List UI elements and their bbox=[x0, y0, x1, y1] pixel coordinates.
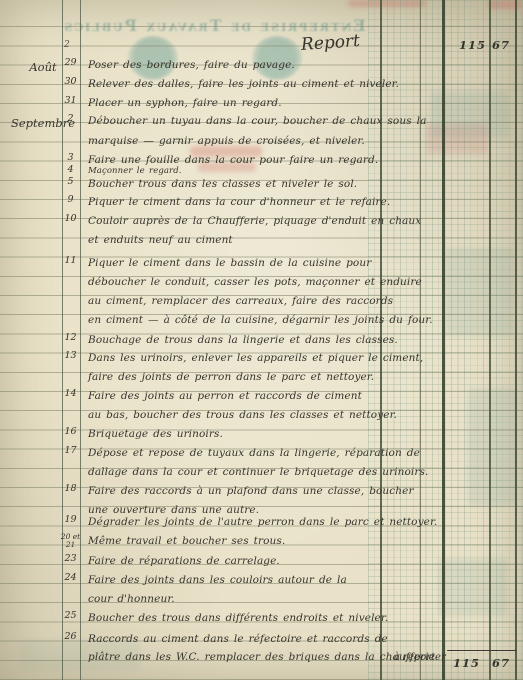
day-number: 3 bbox=[60, 154, 81, 162]
bleedthrough-mark bbox=[348, 0, 426, 7]
bleedthrough-mark bbox=[438, 558, 508, 616]
day-number: 20 et 21 bbox=[60, 533, 81, 549]
entry-line: en ciment — à côté de la cuisine, dégarn… bbox=[88, 314, 433, 326]
entry-line: dallage dans la cour et continuer le bri… bbox=[88, 466, 428, 478]
report-amount-francs: 115 bbox=[458, 38, 486, 52]
ledger-page: Entreprise de Travaux Publics 2 Report 1… bbox=[0, 0, 523, 680]
bleedthrough-mark bbox=[426, 124, 488, 154]
entry-line: Relever des dalles, faire les joints au … bbox=[88, 78, 399, 90]
report-day-mark: 2 bbox=[64, 40, 70, 50]
entry-line: cour d'honneur. bbox=[88, 593, 175, 605]
entry-line: Dans les urinoirs, enlever les appareils… bbox=[88, 352, 423, 364]
entry-line: marquise — garnir appuis de croisées, et… bbox=[88, 135, 365, 147]
entry-line: Piquer le ciment dans la cour d'honneur … bbox=[88, 196, 390, 208]
day-number: 29 bbox=[60, 59, 81, 67]
entry-line: une ouverture dans une autre. bbox=[88, 504, 259, 516]
day-number: 5 bbox=[60, 178, 81, 186]
day-number: 13 bbox=[60, 352, 81, 360]
entry-line: Bouchage de trous dans la lingerie et da… bbox=[88, 334, 398, 346]
entry-line: Piquer le ciment dans le bassin de la cu… bbox=[88, 257, 371, 269]
bleedthrough-mark bbox=[430, 92, 510, 138]
day-number: 31 bbox=[60, 97, 81, 105]
entry-line: Couloir auprès de la Chaufferie, piquage… bbox=[88, 215, 421, 227]
day-number: 25 bbox=[60, 612, 81, 620]
day-number: 23 bbox=[60, 555, 81, 563]
day-number: 24 bbox=[60, 574, 81, 582]
total-rule bbox=[447, 650, 517, 651]
entry-line: Dépose et repose de tuyaux dans la linge… bbox=[88, 447, 420, 459]
entry-line: Faire de réparations de carrelage. bbox=[88, 555, 280, 567]
entry-line: plâtre dans les W.C. remplacer des briqu… bbox=[88, 651, 435, 663]
carry-over-centimes: 67 bbox=[492, 656, 510, 670]
report-label: Report bbox=[300, 31, 360, 55]
day-number: 19 bbox=[60, 516, 81, 524]
day-number: 4 bbox=[60, 166, 81, 174]
day-number: 10 bbox=[60, 215, 81, 223]
entry-line: Placer un syphon, faire un regard. bbox=[88, 97, 282, 109]
entry-line: au bas, boucher des trous dans les class… bbox=[88, 409, 397, 421]
entry-line: Même travail et boucher ses trous. bbox=[88, 535, 285, 547]
column-rule bbox=[442, 0, 445, 680]
day-number: 16 bbox=[60, 428, 81, 436]
entry-line: Faire des joints au perron et raccords d… bbox=[88, 390, 362, 402]
day-number: 30 bbox=[60, 78, 81, 86]
entry-line: Raccords au ciment dans le réfectoire et… bbox=[88, 633, 388, 645]
entry-line: Faire des joints dans les couloirs autou… bbox=[88, 574, 347, 586]
entry-line: Briquetage des urinoirs. bbox=[88, 428, 223, 440]
carry-over-label: à reporter bbox=[394, 652, 446, 663]
entry-line: Maçonner le regard. bbox=[88, 166, 182, 176]
report-amount-centimes: 67 bbox=[492, 38, 510, 52]
day-number: 12 bbox=[60, 334, 81, 342]
entry-line: au ciment, remplacer des carreaux, faire… bbox=[88, 295, 393, 307]
day-number: 11 bbox=[60, 257, 81, 265]
bleedthrough-letterhead: Entreprise de Travaux Publics bbox=[58, 16, 370, 35]
entry-line: Faire des raccords à un plafond dans une… bbox=[88, 485, 414, 497]
entry-line: et enduits neuf au ciment bbox=[88, 234, 233, 246]
entry-line: Faire une fouille dans la cour pour fair… bbox=[88, 154, 378, 166]
bleedthrough-mark bbox=[445, 248, 515, 336]
entry-line: faire des joints de perron dans le parc … bbox=[88, 371, 374, 383]
column-rule bbox=[420, 0, 421, 680]
day-number: 2 bbox=[60, 115, 81, 123]
entry-line: Dégrader les joints de l'autre perron da… bbox=[88, 516, 437, 528]
entry-line: Boucher trous dans les classes et nivele… bbox=[88, 178, 357, 190]
entry-line: Poser des bordures, faire du pavage. bbox=[88, 59, 295, 71]
bleedthrough-mark bbox=[468, 388, 518, 506]
carry-over-francs: 115 bbox=[452, 656, 480, 670]
day-number: 18 bbox=[60, 485, 81, 493]
bleedthrough-stamp bbox=[252, 36, 302, 80]
day-number: 14 bbox=[60, 390, 81, 398]
column-rule bbox=[515, 0, 517, 680]
bleedthrough-stamp bbox=[128, 36, 178, 80]
entry-line: Boucher des trous dans différents endroi… bbox=[88, 612, 388, 624]
day-number: 17 bbox=[60, 447, 81, 455]
column-rule bbox=[489, 0, 491, 680]
day-number: 26 bbox=[60, 633, 81, 641]
entry-line: Déboucher un tuyau dans la cour, boucher… bbox=[88, 115, 426, 127]
day-number: 9 bbox=[60, 196, 81, 204]
entry-line: déboucher le conduit, casser les pots, m… bbox=[88, 276, 422, 288]
bleedthrough-mark bbox=[488, 0, 522, 9]
